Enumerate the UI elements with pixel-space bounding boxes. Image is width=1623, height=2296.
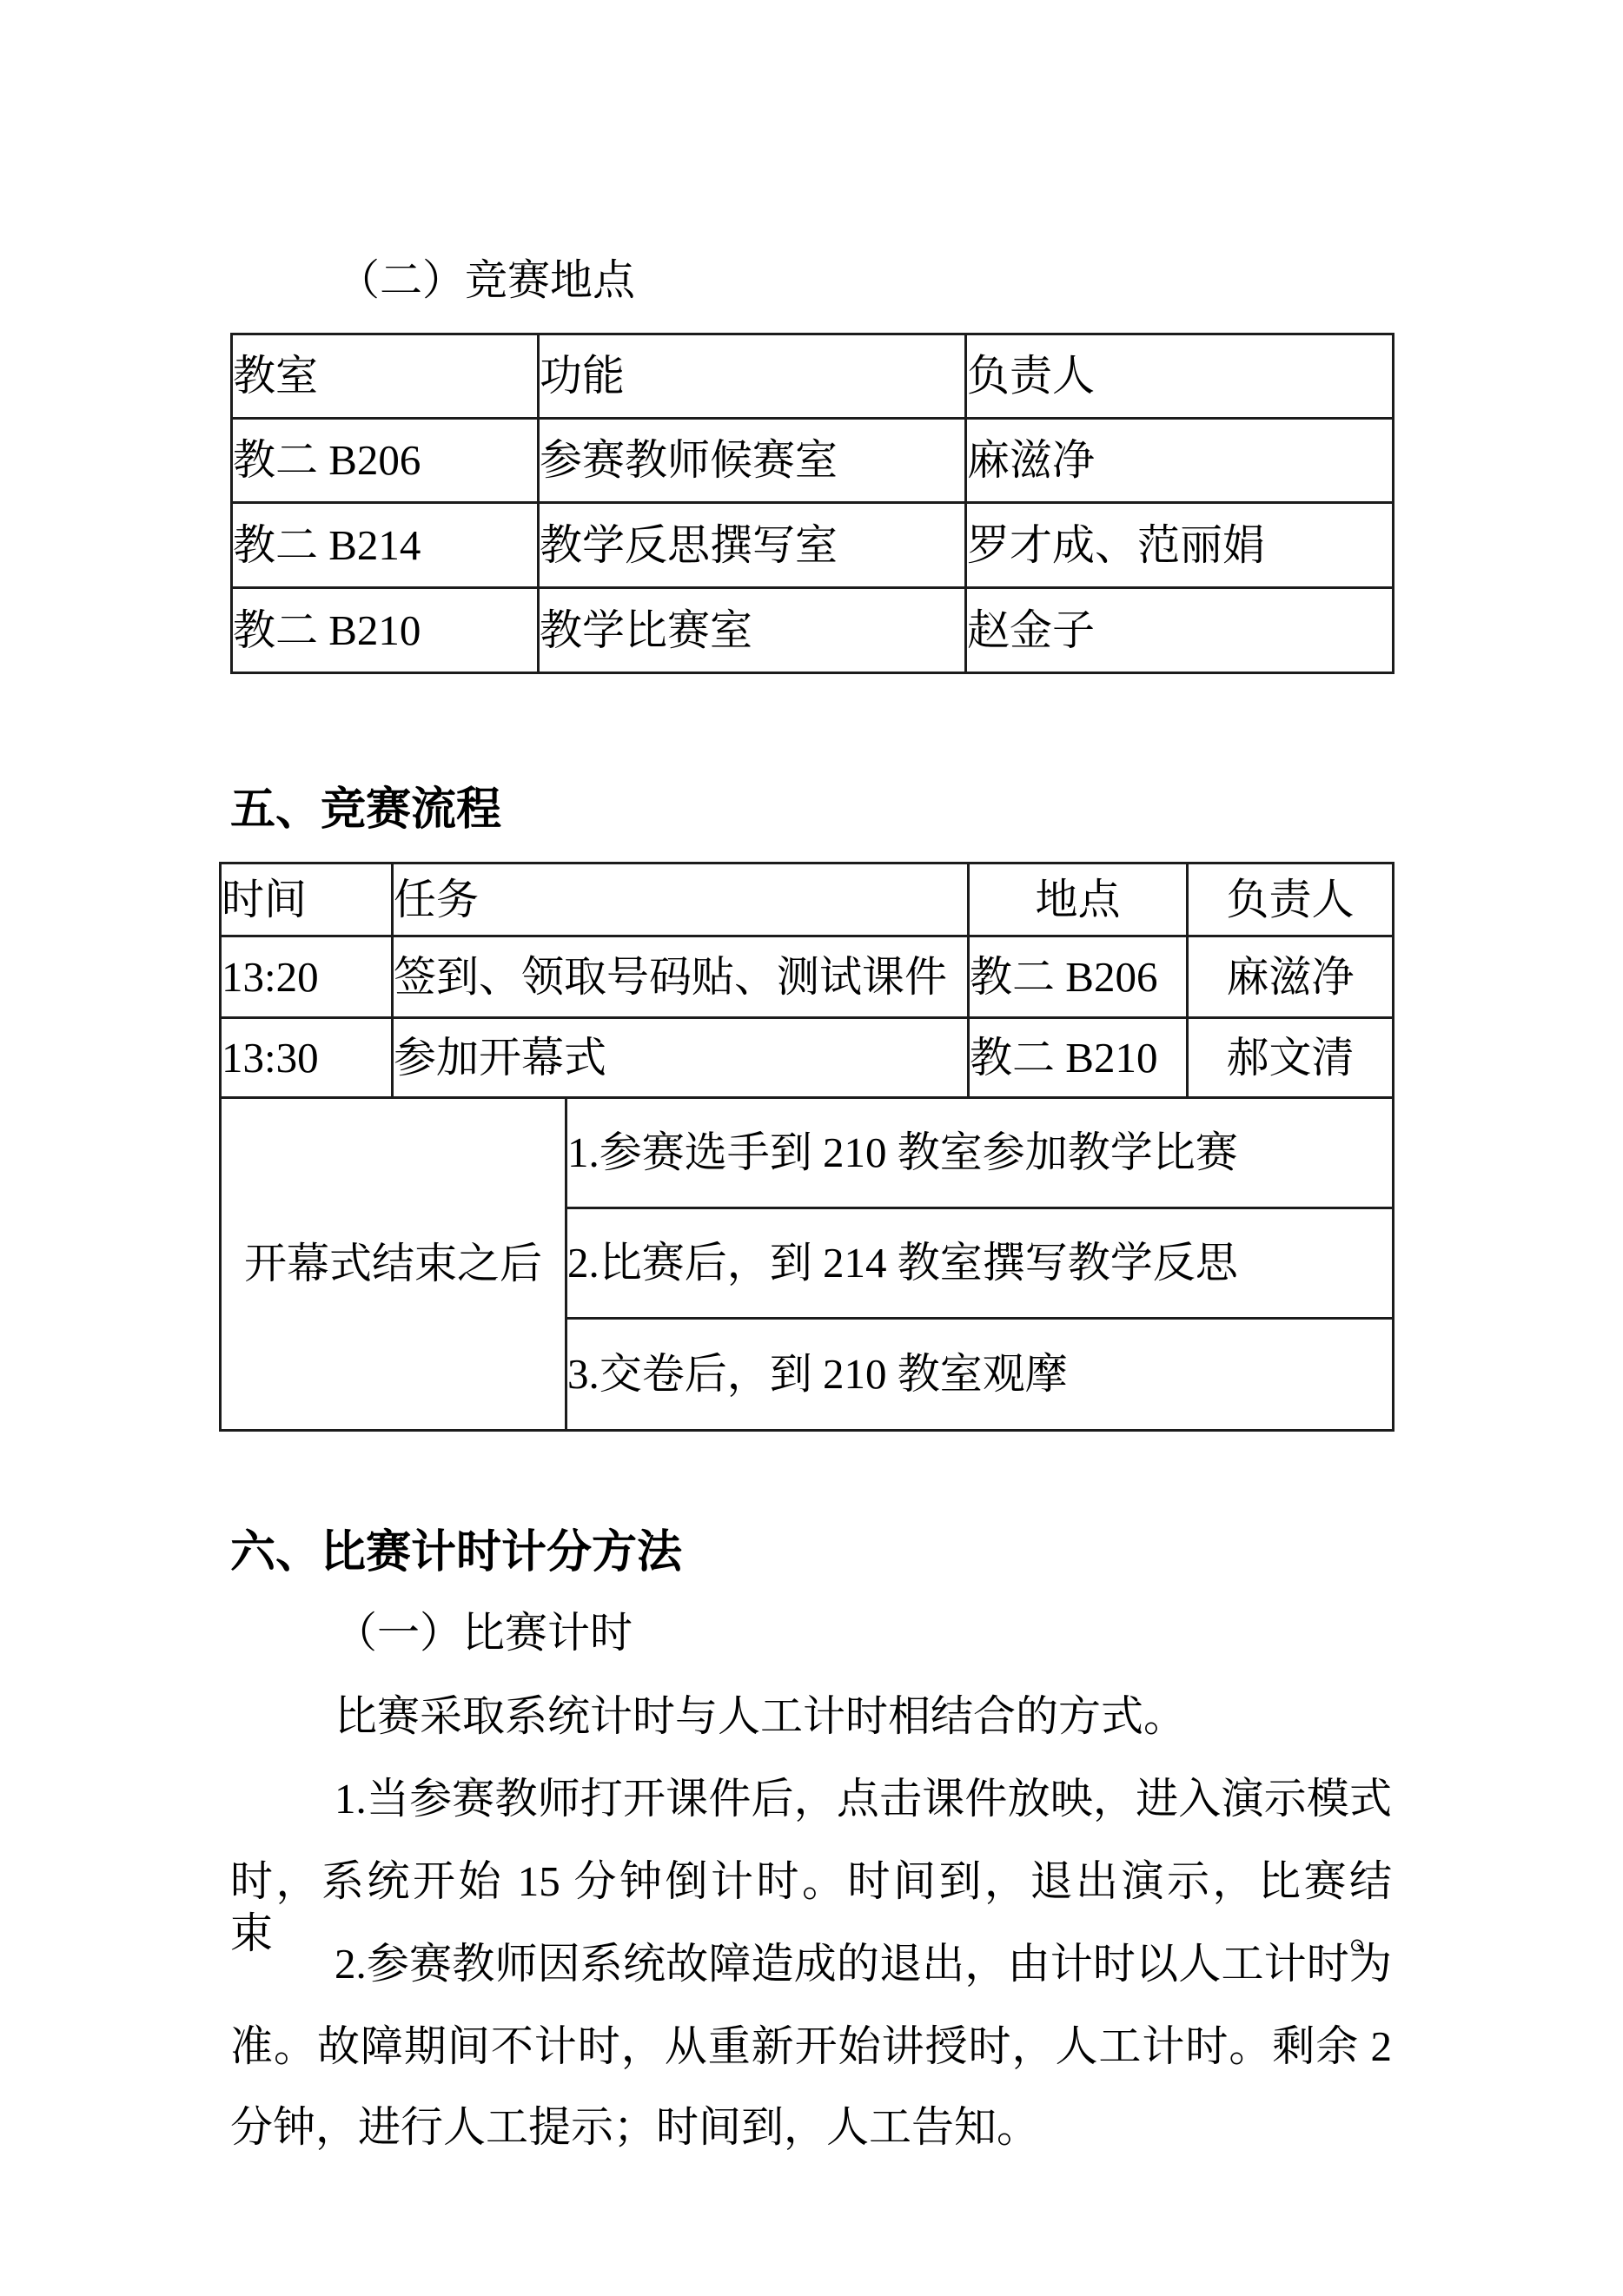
schedule-header-row: 时间 任务 地点 负责人 bbox=[221, 863, 1394, 936]
schedule-after-label: 开幕式结束之后 bbox=[221, 1098, 566, 1431]
schedule-cell-task: 参加开幕式 bbox=[393, 1018, 969, 1098]
schedule-after-row: 开幕式结束之后 1.参赛选手到 210 教室参加教学比赛 bbox=[221, 1098, 1394, 1208]
venue-header-classroom: 教室 bbox=[232, 334, 539, 419]
venue-table-row: 教二 B210 教学比赛室 赵金子 bbox=[232, 588, 1394, 673]
venue-header-function: 功能 bbox=[539, 334, 966, 419]
timing-paragraph2-line2: 准。故障期间不计时，从重新开始讲授时，人工计时。剩余 2 bbox=[230, 2021, 1392, 2073]
document-page: （二）竞赛地点 教室 功能 负责人 教二 B206 参赛教师候赛室 麻滋净 教二… bbox=[0, 0, 1623, 2296]
schedule-header-person: 负责人 bbox=[1188, 863, 1394, 936]
schedule-cell-time: 13:20 bbox=[221, 936, 393, 1018]
schedule-cell-place: 教二 B210 bbox=[969, 1018, 1188, 1098]
venue-cell-classroom: 教二 B210 bbox=[232, 588, 539, 673]
schedule-after-item: 3.交卷后，到 210 教室观摩 bbox=[566, 1319, 1394, 1431]
timing-subtitle: （一）比赛计时 bbox=[335, 1607, 633, 1659]
venue-table-row: 教二 B214 教学反思撰写室 罗才成、范丽娟 bbox=[232, 503, 1394, 588]
venue-table-header-row: 教室 功能 负责人 bbox=[232, 334, 1394, 419]
timing-paragraph2-line3: 分钟，进行人工提示；时间到，人工告知。 bbox=[230, 2101, 1039, 2154]
venue-cell-person: 麻滋净 bbox=[966, 419, 1394, 503]
schedule-cell-person: 麻滋净 bbox=[1188, 936, 1394, 1018]
venue-cell-function: 教学比赛室 bbox=[539, 588, 966, 673]
venue-cell-classroom: 教二 B206 bbox=[232, 419, 539, 503]
venue-table-row: 教二 B206 参赛教师候赛室 麻滋净 bbox=[232, 419, 1394, 503]
timing-paragraph2-line1: 2.参赛教师因系统故障造成的退出，由计时以人工计时为 bbox=[335, 1938, 1392, 1990]
schedule-after-item: 2.比赛后，到 214 教室撰写教学反思 bbox=[566, 1208, 1394, 1319]
venue-cell-function: 参赛教师候赛室 bbox=[539, 419, 966, 503]
venue-cell-person: 罗才成、范丽娟 bbox=[966, 503, 1394, 588]
schedule-header-time: 时间 bbox=[221, 863, 393, 936]
schedule-header-place: 地点 bbox=[969, 863, 1188, 936]
schedule-header-task: 任务 bbox=[393, 863, 969, 936]
venue-table: 教室 功能 负责人 教二 B206 参赛教师候赛室 麻滋净 教二 B214 教学… bbox=[230, 333, 1394, 674]
venue-cell-person: 赵金子 bbox=[966, 588, 1394, 673]
flow-section-title: 五、竞赛流程 bbox=[230, 783, 501, 837]
venue-cell-function: 教学反思撰写室 bbox=[539, 503, 966, 588]
schedule-cell-place: 教二 B206 bbox=[969, 936, 1188, 1018]
schedule-cell-task: 签到、领取号码贴、测试课件 bbox=[393, 936, 969, 1018]
venue-section-title: （二）竞赛地点 bbox=[337, 255, 635, 307]
schedule-row: 13:30 参加开幕式 教二 B210 郝文清 bbox=[221, 1018, 1394, 1098]
scoring-section-title: 六、比赛计时计分方法 bbox=[230, 1525, 682, 1579]
schedule-after-item: 1.参赛选手到 210 教室参加教学比赛 bbox=[566, 1098, 1394, 1208]
timing-intro-line: 比赛采取系统计时与人工计时相结合的方式。 bbox=[335, 1691, 1186, 1743]
schedule-row: 13:20 签到、领取号码贴、测试课件 教二 B206 麻滋净 bbox=[221, 936, 1394, 1018]
schedule-table: 时间 任务 地点 负责人 13:20 签到、领取号码贴、测试课件 教二 B206… bbox=[219, 862, 1394, 1432]
venue-header-person: 负责人 bbox=[966, 334, 1394, 419]
venue-cell-classroom: 教二 B214 bbox=[232, 503, 539, 588]
timing-paragraph1-line1: 1.当参赛教师打开课件后，点击课件放映，进入演示模式 bbox=[335, 1773, 1392, 1825]
timing-paragraph1-line2: 时，系统开始 15 分钟倒计时。时间到，退出演示，比赛结束。 bbox=[230, 1856, 1392, 1908]
schedule-cell-time: 13:30 bbox=[221, 1018, 393, 1098]
schedule-cell-person: 郝文清 bbox=[1188, 1018, 1394, 1098]
